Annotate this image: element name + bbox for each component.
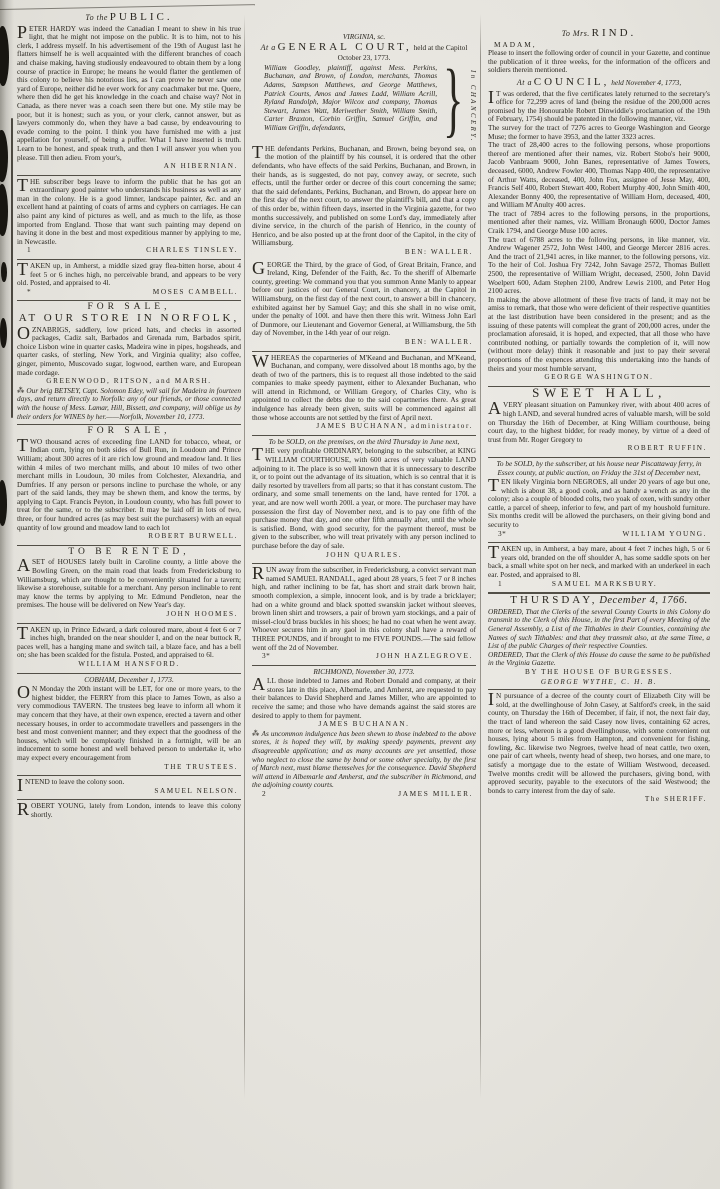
article-body: WHEREAS the copartneries of M'Keand and … [252, 354, 476, 423]
signature-row: 2 JAMES MILLER. [262, 790, 473, 799]
body-text: LL those indebted to James and Robert Do… [252, 676, 476, 719]
article-rule [252, 563, 476, 564]
signature-row: 1 SAMUEL MARKSBURY. [498, 580, 707, 589]
article-rule [252, 665, 476, 666]
title-caps: PUBLIC. [110, 11, 173, 23]
burgesses-line: BY THE HOUSE OF BURGESSES. [488, 668, 710, 677]
article-rule [17, 775, 241, 776]
article-body: ROBERT YOUNG, lately from London, intend… [17, 802, 241, 819]
letter-to-mrs-rind: To Mrs. RIND. MADAM, Please to insert th… [488, 29, 710, 75]
drop-cap: A [252, 677, 265, 691]
drop-cap: O [17, 685, 30, 699]
column-left: To the PUBLIC. PETER HARDY was indeed th… [17, 10, 241, 822]
article-body: ALL those indebted to James and Robert D… [252, 677, 476, 720]
article-norfolk-store-sale: FOR SALE, AT OUR STORE IN NORFOLK, OZNAB… [17, 303, 241, 421]
body-text: ETER HARDY was indeed the Canadian I mea… [17, 24, 241, 162]
heading-text: FOR SALE, [88, 426, 171, 436]
article-body: PETER HARDY was indeed the Canadian I me… [17, 25, 241, 163]
case-parties-block: William Goodley, plaintiff, against Mess… [252, 64, 476, 143]
body-text: HE subscriber begs leave to inform the p… [17, 177, 241, 246]
article-chancery-summons: GEORGE the Third, by the grace of God, o… [252, 261, 476, 348]
column-middle: VIRGINIA, sc. At a GENERAL COURT, held a… [252, 10, 476, 803]
article-body: RUN away from the subscriber, in Frederi… [252, 566, 476, 652]
postscript-note: ⁂ Our brig BETSEY, Capt. Solomon Edey, w… [17, 387, 241, 421]
drop-cap: T [17, 262, 28, 276]
drop-cap: R [252, 566, 264, 580]
body-text: NTEND to leave the colony soon. [25, 777, 124, 786]
article-body: ON Monday the 20th instant will be LET, … [17, 685, 241, 762]
article-rule [17, 545, 241, 546]
article-sweet-hall-sale: SWEET HALL, AVERY pleasant situation on … [488, 389, 710, 454]
column-divider [244, 14, 245, 1099]
signature: BEN: WALLER. [252, 248, 473, 257]
signature: SAMUEL NELSON. [17, 787, 238, 796]
article-richmond-debts: RICHMOND, November 30, 1773. ALL those i… [252, 668, 476, 800]
signature: JOHN HAZLEGROVE. [376, 652, 473, 661]
article-body: TWO thousand acres of exceeding fine LAN… [17, 438, 241, 533]
signature: THE TRUSTEES. [17, 763, 238, 772]
body-text: OBERT YOUNG, lately from London, intends… [31, 801, 241, 819]
signature: GEORGE WASHINGTON. [488, 373, 710, 382]
ink-smudge [0, 318, 7, 348]
signature: CHARLES TINSLEY. [146, 246, 238, 255]
drop-cap: A [488, 401, 501, 415]
drop-cap: I [17, 778, 23, 792]
paragraph: The tract of 6788 acres to the following… [488, 236, 710, 296]
article-body: TAKEN up, in Amherst, a bay mare, about … [488, 545, 710, 579]
ink-streak [11, 118, 13, 418]
notice-samuel-nelson: INTEND to leave the colony soon. SAMUEL … [17, 778, 241, 796]
title-prefix: To Mrs. [562, 29, 590, 38]
section-heading: AT OUR STORE IN NORFOLK, [17, 314, 241, 324]
paragraph: In making the above allotment of these f… [488, 296, 710, 373]
article-body: TAKEN up, in Amherst, a middle sized gra… [17, 262, 241, 288]
paragraph: The tract of 7894 acres to the following… [488, 210, 710, 236]
footnote-mark: 1 [27, 246, 31, 255]
body-text: AKEN up, in Amherst, a middle sized gray… [17, 261, 241, 287]
article-body: THE subscriber begs leave to inform the … [17, 178, 241, 247]
article-runaway-randall: RUN away from the subscriber, in Frederi… [252, 566, 476, 662]
body-text: N pursuance of a decree of the county co… [488, 691, 710, 795]
article-body: THE defendants Perkins, Buchanan, and Br… [252, 145, 476, 248]
section-heading: SWEET HALL, [488, 389, 710, 400]
article-rule [252, 435, 476, 436]
article-painter-notice: THE subscriber begs leave to inform the … [17, 178, 241, 256]
article-rule [488, 457, 710, 458]
article-body: INTEND to leave the colony soon. [17, 778, 241, 787]
burgesses-heading: THURSDAY, December 4, 1766. [488, 596, 710, 606]
drop-cap: T [17, 178, 28, 192]
case-parties: William Goodley, plaintiff, against Mess… [252, 64, 437, 143]
article-council-order-washington: At a COUNCIL, held November 4, 1773, IT … [488, 78, 710, 383]
body-text: UN away from the subscriber, in Frederic… [252, 565, 476, 651]
signature-row: 3* WILLIAM YOUNG. [498, 530, 707, 539]
signature: SAMUEL MARKSBURY. [552, 580, 657, 589]
body-text: WO thousand acres of exceeding fine LAND… [17, 437, 241, 532]
article-rule [17, 259, 241, 260]
heading-caps: THURSDAY, [510, 594, 597, 606]
article-rule [17, 300, 241, 301]
body-text: VERY pleasant situation on Pamunkey rive… [488, 400, 710, 443]
signature: JOHN HOOMES. [17, 610, 238, 619]
drop-cap: T [252, 145, 263, 159]
letter-title: To Mrs. RIND. [488, 29, 710, 39]
body-text: HEREAS the copartneries of M'Keand and B… [252, 353, 476, 422]
signature: MOSES CAMBELL. [153, 288, 238, 297]
article-ordinary-sale: To be SOLD, on the premises, on the thir… [252, 438, 476, 560]
signature: ROBERT BURWELL. [17, 532, 238, 541]
section-heading: TO BE RENTED, [17, 548, 241, 557]
court-heading: At a GENERAL COURT, held at the Capitol [252, 43, 476, 53]
article-copartnery-dissolution: WHEREAS the copartneries of M'Keand and … [252, 354, 476, 432]
drop-cap: W [252, 354, 269, 368]
drop-cap: A [17, 558, 30, 572]
body-text: HE very profitable ORDINARY, belonging t… [252, 446, 476, 550]
article-general-court-order: VIRGINIA, sc. At a GENERAL COURT, held a… [252, 33, 476, 258]
signature: BEN: WALLER. [252, 338, 473, 347]
dateline: To be SOLD, by the subscriber, at his ho… [488, 460, 710, 477]
article-elizabeth-city-sale: IN pursuance of a decree of the county c… [488, 692, 710, 805]
heading-prefix: At a [517, 78, 532, 87]
signature: The SHERIFF. [488, 795, 707, 804]
footnote-mark: 3* [498, 530, 506, 539]
article-stray-mare-amherst: TAKEN up, in Amherst, a bay mare, about … [488, 545, 710, 589]
column-right: To Mrs. RIND. MADAM, Please to insert th… [488, 10, 710, 808]
section-heading: FOR SALE, [17, 427, 241, 436]
article-body: TEN likely Virginia born NEGROES, all un… [488, 478, 710, 530]
article-body: GEORGE the Third, by the grace of God, o… [252, 261, 476, 338]
article-body: OZNABRIGS, saddlery, low priced hats, an… [17, 326, 241, 378]
drop-cap: T [488, 545, 499, 559]
article-body: AVERY pleasant situation on Pamunkey riv… [488, 401, 710, 444]
signature: AN HIBERNIAN. [17, 162, 238, 171]
drop-cap: O [17, 326, 30, 340]
body-text: EORGE the Third, by the grace of God, of… [252, 260, 476, 338]
heading-rest: held November 4, 1773, [611, 78, 681, 87]
signature: JAMES BUCHANAN, administrator. [252, 422, 473, 431]
heading-date: December 4, 1766. [599, 595, 687, 606]
footnote-mark: * [27, 288, 31, 297]
article-rule [17, 424, 241, 425]
order-paragraph: ORDERED, That the Clerk of this House do… [488, 651, 710, 668]
drop-cap: T [17, 626, 28, 640]
heading-prefix: At a [261, 43, 276, 52]
signature: ROBERT RUFFIN. [488, 444, 707, 453]
article-body: THE very profitable ORDINARY, belonging … [252, 447, 476, 550]
body-text: SET of HOUSES lately built in Caroline c… [17, 557, 241, 609]
signature: JOHN QUARLES. [252, 551, 476, 560]
article-body: IN pursuance of a decree of the county c… [488, 692, 710, 795]
heading-text: TO BE RENTED, [68, 547, 189, 557]
article-rule [488, 689, 710, 690]
article-houses-to-rent: TO BE RENTED, ASET of HOUSES lately buil… [17, 548, 241, 620]
heading-text: SWEET HALL, [532, 385, 666, 400]
signature: GREENWOOD, RITSON, and MARSH. [17, 377, 241, 386]
paragraph: The tract of 28,400 acres to the followi… [488, 141, 710, 210]
article-cobham-ferry-lease: COBHAM, December 1, 1773. ON Monday the … [17, 676, 241, 773]
article-house-of-burgesses-order: THURSDAY, December 4, 1766. ORDERED, Tha… [488, 596, 710, 686]
drop-cap: T [252, 447, 263, 461]
drop-cap: I [488, 692, 494, 706]
dateline: COBHAM, December 1, 1773. [17, 676, 241, 685]
section-heading: FOR SALE, [17, 303, 241, 312]
body-text: AKEN up, in Prince Edward, a dark colour… [17, 625, 241, 660]
heading-text: FOR SALE, [88, 302, 171, 312]
chancery-label: In CHANCERY. [467, 64, 476, 143]
body-text: ZNABRIGS, saddlery, low priced hats, and… [17, 325, 241, 377]
footnote-mark: 2 [262, 790, 266, 799]
signature-row: 1 CHARLES TINSLEY. [27, 246, 238, 255]
article-bull-run-land-sale: FOR SALE, TWO thousand acres of exceedin… [17, 427, 241, 542]
article-rule [252, 351, 476, 352]
body-text: AKEN up, in Amherst, a bay mare, about 4… [488, 544, 710, 579]
paragraph: The survey for the tract of 7276 acres t… [488, 124, 710, 141]
article-stray-mare-prince-edward: TAKEN up, in Prince Edward, a dark colou… [17, 626, 241, 670]
article-body: IT was ordered, that the five certificat… [488, 90, 710, 124]
ink-smudge [1, 262, 7, 282]
column-divider [480, 14, 481, 1099]
postscript-note: ⁂ As uncommon indulgence has been shewn … [252, 730, 476, 790]
body-text: HE defendants Perkins, Buchanan, and Bro… [252, 144, 476, 248]
drop-cap: T [17, 438, 28, 452]
article-stray-horse-amherst: TAKEN up, in Amherst, a middle sized gra… [17, 262, 241, 297]
letter-body: Please to insert the following order of … [488, 49, 710, 75]
drop-cap: G [252, 261, 265, 275]
drop-cap: I [488, 90, 494, 104]
drop-cap: P [17, 25, 27, 39]
article-rule [17, 623, 241, 624]
signature: WILLIAM HANSFORD. [17, 660, 241, 669]
title-prefix: To the [85, 13, 108, 22]
article-rule [17, 175, 241, 176]
signature-row: 3* JOHN HAZLEGROVE. [262, 652, 473, 661]
notice-robert-young: ROBERT YOUNG, lately from London, intend… [17, 802, 241, 819]
footnote-mark: 3* [262, 652, 270, 661]
heading-rest: held at the Capitol [414, 43, 468, 52]
signature: JAMES BUCHANAN. [252, 720, 476, 729]
newspaper-page: To the PUBLIC. PETER HARDY was indeed th… [0, 0, 720, 1189]
article-essex-auction: To be SOLD, by the subscriber, at his ho… [488, 460, 710, 539]
signature-row: * MOSES CAMBELL. [27, 288, 238, 297]
clerk-line: GEORGE WYTHE, C. H. B. [488, 678, 710, 687]
section-title: To the PUBLIC. [17, 13, 241, 23]
council-heading: At a COUNCIL, held November 4, 1773, [488, 78, 710, 88]
body-text: EN likely Virginia born NEGROES, all und… [488, 477, 710, 529]
order-paragraph: ORDERED, That the Clerks of the several … [488, 608, 710, 651]
dateline: RICHMOND, November 30, 1773. [252, 668, 476, 677]
footnote-mark: 1 [498, 580, 502, 589]
heading-caps: COUNCIL, [534, 76, 610, 88]
article-to-the-public: To the PUBLIC. PETER HARDY was indeed th… [17, 13, 241, 172]
drop-cap: R [17, 802, 29, 816]
body-text: N Monday the 20th instant will be LET, f… [17, 684, 241, 762]
article-body: TAKEN up, in Prince Edward, a dark colou… [17, 626, 241, 660]
signature: JAMES MILLER. [398, 790, 473, 799]
title-caps: RIND. [592, 27, 637, 39]
article-rule [17, 673, 241, 674]
drop-cap: T [488, 478, 499, 492]
signature: WILLIAM YOUNG. [622, 530, 707, 539]
heading-text: AT OUR STORE IN NORFOLK, [19, 312, 239, 324]
article-body: ASET of HOUSES lately built in Caroline … [17, 558, 241, 610]
heading-caps: GENERAL COURT, [278, 41, 412, 53]
body-text: T was ordered, that the five certificate… [488, 89, 710, 124]
brace-glyph: } [443, 60, 463, 143]
